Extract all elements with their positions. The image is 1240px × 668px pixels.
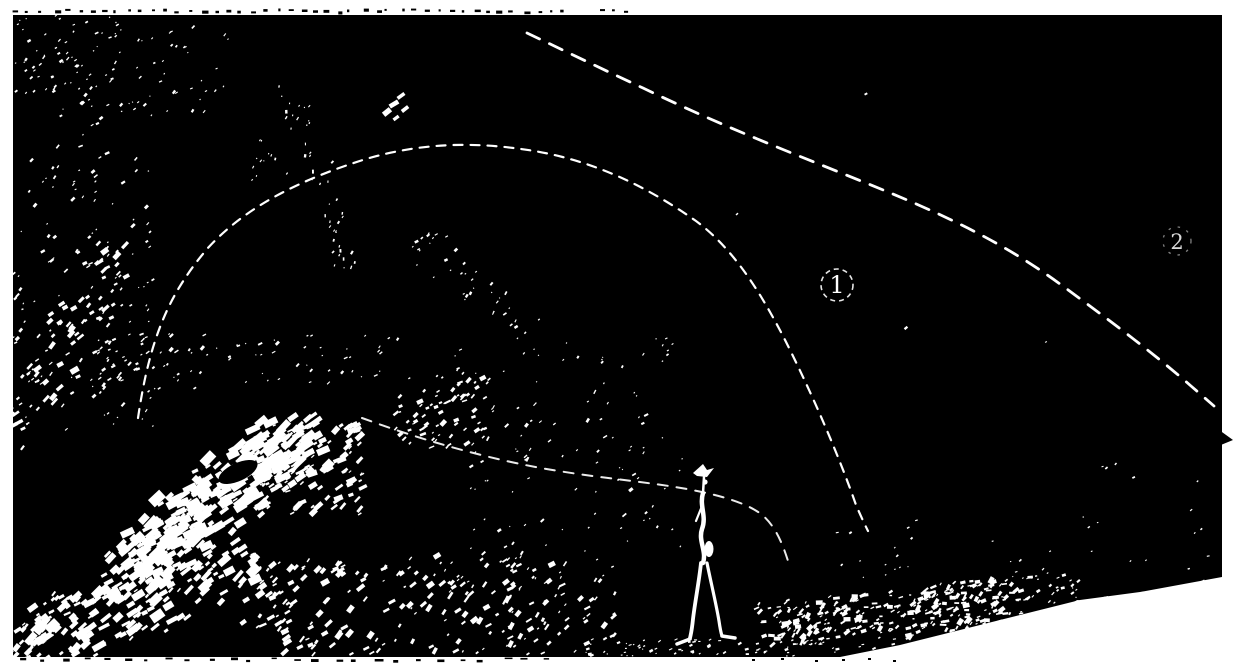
- figure-page: 1 2: [0, 0, 1240, 668]
- person-pack: [705, 541, 714, 557]
- label-2-text: 2: [1170, 230, 1183, 254]
- label-1-text: 1: [829, 271, 844, 299]
- annotated-outcrop-photo: 1 2: [0, 0, 1240, 668]
